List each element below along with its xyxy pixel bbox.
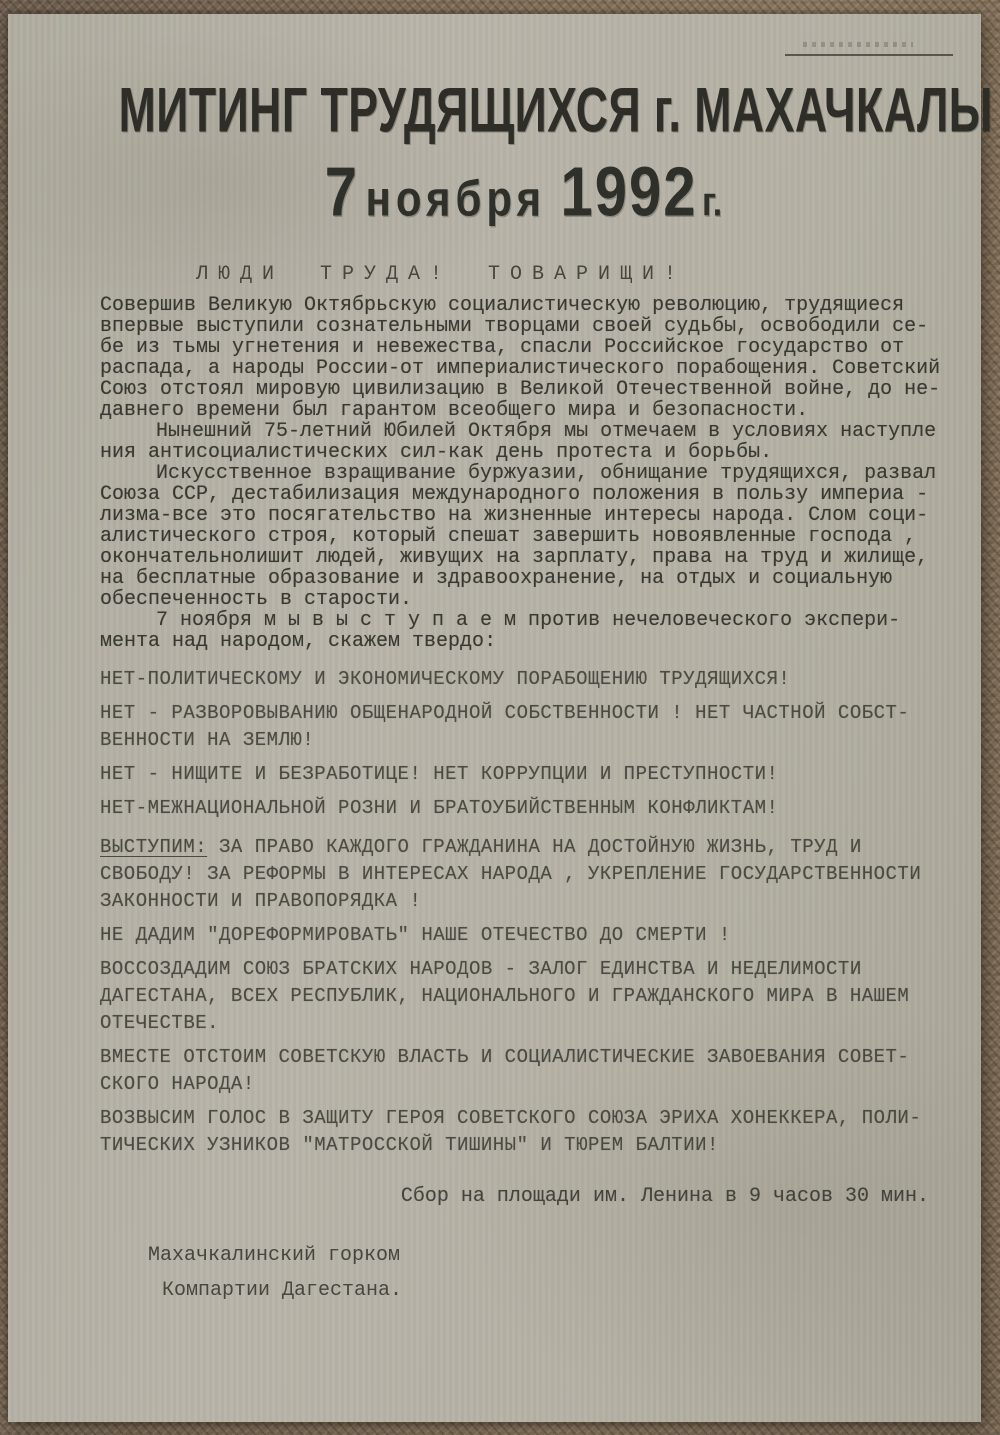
- title-era-abbrev: г.: [702, 180, 722, 226]
- demand-no-reform-to-death: НЕ ДАДИМ "ДОРЕФОРМИРОВАТЬ" НАШЕ ОТЕЧЕСТВ…: [100, 922, 947, 949]
- gathering-info: Сбор на площади им. Ленина в 9 часов 30 …: [100, 1185, 929, 1208]
- pencil-note-underline: [785, 38, 953, 56]
- title-row-2: 7 ноября 1992 г.: [100, 152, 947, 232]
- demand-lead-word: ВЫСТУПИМ:: [100, 836, 207, 858]
- photo-background: { "colors": { "fabric_background": "#7e6…: [0, 0, 1000, 1435]
- signature-line-2: Компартии Дагестана.: [162, 1273, 947, 1308]
- pencil-mark-dash: -: [0, 662, 2, 687]
- masthead: МИТИНГ ТРУДЯЩИХСЯ г. МАХАЧКАЛЫ 7 ноября …: [100, 72, 947, 286]
- demand-rights-text: ЗА ПРАВО КАЖДОГО ГРАЖДАНИНА НА ДОСТОЙНУЮ…: [100, 836, 921, 912]
- paragraph-november7: 7 ноября м ы в ы с т у п а е м против не…: [100, 610, 947, 652]
- title-row-1: МИТИНГ ТРУДЯЩИХСЯ г. МАХАЧКАЛЫ: [106, 72, 947, 126]
- leaflet-page: МИТИНГ ТРУДЯЩИХСЯ г. МАХАЧКАЛЫ 7 ноября …: [8, 14, 981, 1422]
- paragraph-jubilee: Нынешний 75-летний Юбилей Октября мы отм…: [100, 421, 947, 463]
- title-year: 1992: [561, 153, 698, 231]
- body-text: Совершив Великую Октябрьскую социалистич…: [100, 295, 947, 652]
- title-month: ноября: [366, 170, 547, 226]
- pencil-mark-tick: (: [0, 846, 4, 882]
- demand-defend-honecker: ВОЗВЫСИМ ГОЛОС В ЗАЩИТУ ГЕРОЯ СОВЕТСКОГО…: [100, 1105, 947, 1159]
- paragraph-crisis: Искусственное взращивание буржуазии, обн…: [100, 463, 947, 610]
- title-day: 7: [325, 153, 359, 231]
- signature-line-1: Махачкалинский горком: [148, 1238, 947, 1273]
- slogan-no-enslavement: НЕТ-ПОЛИТИЧЕСКОМУ И ЭКОНОМИЧЕСКОМУ ПОРАБ…: [100, 666, 947, 693]
- slogan-no-poverty: НЕТ - НИЩИТЕ И БЕЗРАБОТИЦЕ! НЕТ КОРРУПЦИ…: [100, 761, 947, 788]
- demand-recreate-union: ВОССОЗДАДИМ СОЮЗ БРАТСКИХ НАРОДОВ - ЗАЛО…: [100, 956, 947, 1037]
- page-title: МИТИНГ ТРУДЯЩИХСЯ г. МАХАЧКАЛЫ: [119, 72, 935, 147]
- demand-defend-soviet-power: ВМЕСТЕ ОТСТОИМ СОВЕТСКУЮ ВЛАСТЬ И СОЦИАЛ…: [100, 1044, 947, 1098]
- signature-block: Махачкалинский горком Компартии Дагестан…: [148, 1238, 947, 1308]
- slogan-no-plunder: НЕТ - РАЗВОРОВЫВАНИЮ ОБЩЕНАРОДНОЙ СОБСТВ…: [100, 700, 947, 754]
- slogans-section: НЕТ-ПОЛИТИЧЕСКОМУ И ЭКОНОМИЧЕСКОМУ ПОРАБ…: [100, 666, 947, 822]
- demands-section: ВЫСТУПИМ: ЗА ПРАВО КАЖДОГО ГРАЖДАНИНА НА…: [100, 834, 947, 1159]
- leaflet-content: МИТИНГ ТРУДЯЩИХСЯ г. МАХАЧКАЛЫ 7 ноября …: [8, 14, 981, 1422]
- salutation: ЛЮДИ ТРУДА! ТОВАРИЩИ!: [196, 263, 947, 286]
- paragraph-revolution: Совершив Великую Октябрьскую социалистич…: [100, 295, 947, 421]
- demand-rights: ВЫСТУПИМ: ЗА ПРАВО КАЖДОГО ГРАЖДАНИНА НА…: [100, 834, 947, 915]
- slogan-no-ethnic-strife: НЕТ-МЕЖНАЦИОНАЛЬНОЙ РОЗНИ И БРАТОУБИЙСТВ…: [100, 795, 947, 822]
